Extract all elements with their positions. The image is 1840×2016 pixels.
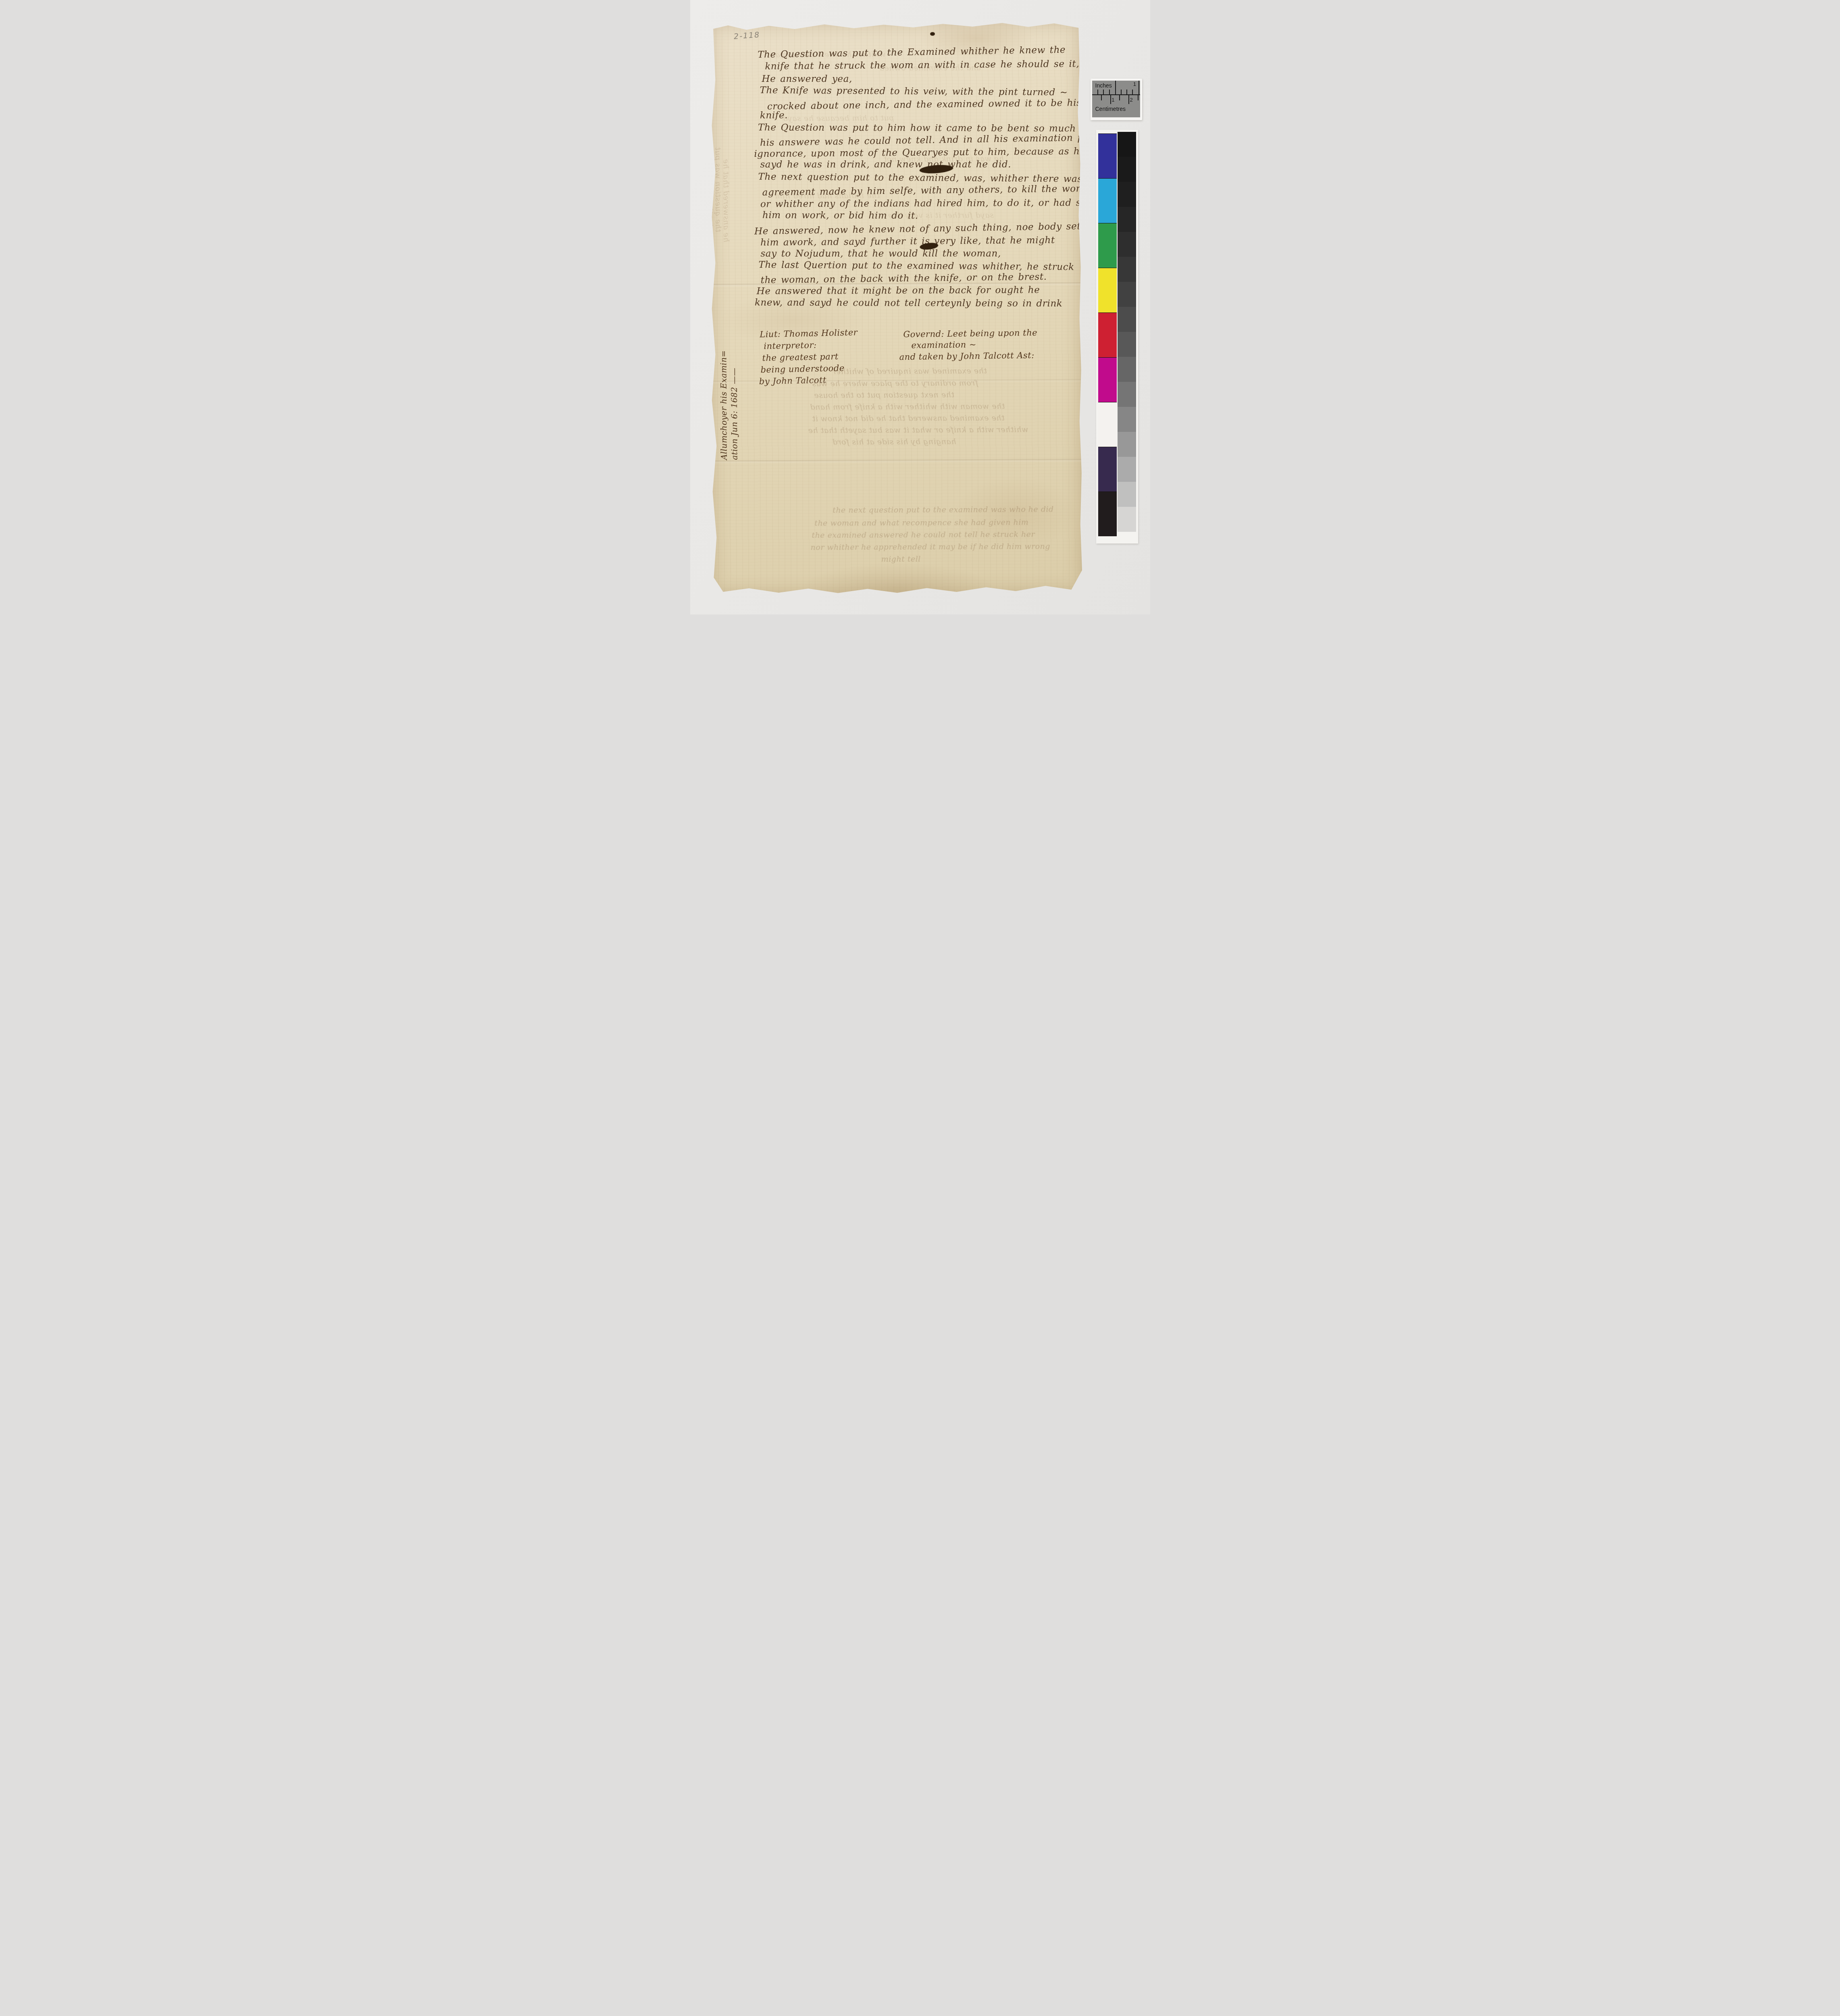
gray-step — [1118, 282, 1136, 307]
gray-step — [1118, 457, 1136, 482]
inch-tick — [1132, 90, 1133, 94]
manuscript-line: The Question was put to the Examined whi… — [758, 45, 1066, 60]
gray-step — [1118, 307, 1136, 332]
attestation-line: Liut: Thomas Holister — [760, 327, 858, 339]
inch-tick — [1126, 90, 1127, 94]
gray-step — [1118, 332, 1136, 357]
bleedthrough-line: hanging by his side at his ford — [832, 437, 956, 446]
bleedthrough-line: the examined answered that he did not kn… — [812, 414, 1005, 423]
inch-tick — [1097, 90, 1098, 94]
inch-number: 1 — [1133, 81, 1136, 87]
manuscript-line: The Knife was presented to his veiw, wit… — [760, 85, 1068, 98]
bleedthrough-line: the woman with whither with a knife from… — [810, 402, 1005, 412]
manuscript-line: knife. — [760, 110, 787, 121]
attestation-line: interpretor: — [764, 340, 817, 351]
bleedthrough-line: the next question put to the house — [814, 390, 954, 400]
inches-label: Inches — [1095, 82, 1112, 89]
bleedthrough-line: the next question put to the examined wa… — [833, 505, 1054, 514]
cm-tick — [1128, 94, 1129, 104]
gray-step — [1118, 232, 1136, 257]
manuscript-line: He answered yea, — [762, 74, 852, 84]
manuscript-page: 2-118 whither he knew the womanand the e… — [709, 21, 1082, 595]
gray-step — [1118, 207, 1136, 232]
inch-tick — [1121, 90, 1122, 94]
color-patch — [1098, 223, 1117, 268]
attestation-line: examination ~ — [911, 339, 976, 350]
color-patch — [1098, 492, 1117, 536]
manuscript-line: his answere was he could not tell. And i… — [760, 132, 1112, 148]
bleedthrough-line: put to him because he sayd — [782, 114, 894, 123]
bleedthrough-line-vertical: the question was put — [713, 147, 722, 232]
color-patch — [1098, 133, 1117, 178]
bleedthrough-line: nor whither he apprehended it may be if … — [810, 542, 1050, 552]
paper-crease — [711, 459, 1082, 464]
manuscript-line: him awork, and sayd further it is very l… — [760, 235, 1055, 248]
manuscript-line: agreement made by him selfe, with any ot… — [762, 183, 1097, 198]
gray-step — [1118, 357, 1136, 382]
color-patch — [1098, 447, 1117, 492]
manuscript-text-block: The Question was put to the Examined whi… — [709, 21, 1080, 23]
bleedthrough-line: the woman and what recompence she had gi… — [814, 518, 1028, 528]
manuscript-line: The Question was put to him how it came … — [758, 122, 1076, 134]
manuscript-line: sayd he was in drink, and knew not what … — [760, 159, 1011, 170]
cm-tick-number: 2 — [1130, 97, 1133, 103]
grayscale-calibration-column — [1118, 132, 1136, 532]
inch-tick — [1115, 81, 1116, 94]
attestation-line: the greatest part — [762, 352, 839, 363]
manuscript-line: The next question put to the examined, w… — [758, 172, 1104, 185]
ruler-baseline — [1092, 94, 1140, 95]
interpreter-attestation-block: Liut: Thomas Holisterinterpretor:the gre… — [709, 21, 1080, 23]
photo-stage: 2-118 whither he knew the womanand the e… — [690, 0, 1150, 614]
gray-step — [1118, 482, 1136, 507]
color-patch — [1098, 268, 1117, 312]
gray-step — [1118, 432, 1136, 457]
attestation-line: being understoode — [760, 363, 845, 375]
bleedthrough-line: the examined answered he could not tell … — [812, 530, 1035, 540]
docket-line: ation Jun 6: 1682 —— — [729, 311, 740, 460]
cm-tick — [1119, 94, 1120, 100]
manuscript-line: crocked about one inch, and the examined… — [767, 98, 1081, 112]
docket-line: Allumchoyer his Examin= — [718, 311, 729, 460]
manuscript-line: him on work, or bid him do it. — [762, 210, 918, 221]
gray-step — [1118, 182, 1136, 207]
gray-step — [1118, 382, 1136, 407]
gray-step — [1118, 257, 1136, 282]
color-patch — [1098, 402, 1117, 447]
bleedthrough-line: might tell — [881, 555, 920, 564]
color-patch — [1098, 178, 1117, 223]
gray-step — [1118, 507, 1136, 532]
cm-tick — [1138, 94, 1139, 100]
cm-tick — [1101, 94, 1102, 100]
manuscript-line: say to Nojudum, that he would kill the w… — [760, 248, 1001, 259]
inch-tick — [1103, 90, 1104, 94]
manuscript-line: ignorance, upon most of the Quearyes put… — [754, 146, 1085, 159]
manuscript-line: or whither any of the indians had hired … — [760, 198, 1090, 210]
ink-spot — [930, 32, 935, 36]
manuscript-line: knife that he struck the wom an with in … — [765, 59, 1079, 72]
recorder-attestation-block: Governd: Leet being upon theexamination … — [709, 21, 1080, 23]
scale-ruler-card: Inches 1 12 Centimetres — [1092, 81, 1140, 117]
color-patch — [1098, 357, 1117, 402]
cm-tick — [1110, 94, 1111, 104]
color-calibration-column — [1098, 133, 1117, 536]
bleedthrough-line: whither with a knife or what it was but … — [808, 425, 1028, 435]
inch-tick — [1109, 90, 1110, 94]
bleedthrough-line: the examined was inquired of whither — [832, 367, 987, 376]
gray-step — [1118, 157, 1136, 182]
color-patch — [1098, 312, 1117, 357]
attestation-line: and taken by John Talcott Ast: — [899, 350, 1034, 362]
manuscript-line: He answered, now he knew not of any such… — [754, 221, 1080, 237]
manuscript-line: knew, and sayd he could not tell certeyn… — [754, 298, 1062, 309]
cm-tick-number: 1 — [1111, 97, 1114, 103]
archive-number-pencil: 2-118 — [733, 30, 760, 41]
manuscript-line: The last Quertion put to the examined wa… — [758, 260, 1074, 273]
bleedthrough-line-vertical: he answered that he — [721, 159, 731, 242]
inch-tick — [1139, 81, 1139, 94]
ink-bleedthrough-layer: whither he knew the womanand the examine… — [709, 21, 1080, 23]
attestation-line: Governd: Leet being upon the — [903, 328, 1037, 339]
bleedthrough-line-vertical: examination of the indian — [705, 144, 714, 248]
gray-step — [1118, 132, 1136, 157]
margin-docket-note: Allumchoyer his Examin= ation Jun 6: 168… — [718, 311, 740, 460]
gray-step — [1118, 407, 1136, 432]
centimetres-label: Centimetres — [1095, 106, 1126, 112]
